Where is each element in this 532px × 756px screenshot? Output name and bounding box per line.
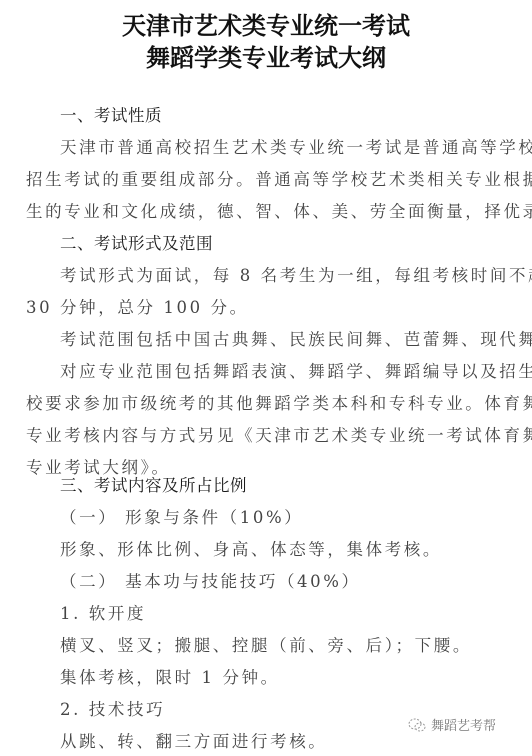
paragraph-line: 校要求参加市级统考的其他舞蹈学类本科和专科专业。体育舞蹈: [26, 390, 532, 414]
paragraph-line: 专业考核内容与方式另见《天津市艺术类专业统一考试体育舞蹈: [26, 422, 532, 446]
paragraph-line: 横叉、竖叉；搬腿、控腿（前、旁、后）；下腰。: [60, 632, 472, 656]
paragraph-line: 对应专业范围包括舞蹈表演、舞蹈学、舞蹈编导以及招生院: [60, 358, 532, 382]
subheading-line: （一） 形象与条件（10%）: [60, 504, 303, 528]
paragraph-line: 形象、形体比例、身高、体态等，集体考核。: [60, 536, 442, 560]
document-title-line1: 天津市艺术类专业统一考试: [0, 6, 532, 41]
section-heading-1: 一、考试性质: [60, 102, 162, 126]
subheading-line: 2. 技术技巧: [60, 696, 165, 720]
watermark-label: 舞蹈艺考帮: [431, 715, 496, 734]
paragraph-line: 从跳、转、翻三方面进行考核。: [60, 728, 327, 752]
paragraph-line: 生的专业和文化成绩，德、智、体、美、劳全面衡量，择优录取。: [26, 198, 532, 222]
section-heading-2: 二、考试形式及范围: [60, 230, 213, 254]
paragraph-line: 30 分钟，总分 100 分。: [26, 294, 249, 318]
watermark: 舞蹈艺考帮: [408, 715, 496, 734]
paragraph-line: 考试范围包括中国古典舞、民族民间舞、芭蕾舞、现代舞。: [60, 326, 532, 350]
paragraph-line: 集体考核，限时 1 分钟。: [60, 664, 280, 688]
document-title-line2: 舞蹈学类专业考试大纲: [0, 38, 532, 73]
paragraph-line: 天津市普通高校招生艺术类专业统一考试是普通高等学校: [60, 134, 532, 158]
paragraph-line: 考试形式为面试，每 8 名考生为一组，每组考核时间不超过: [60, 262, 532, 286]
paragraph-line: 招生考试的重要组成部分。普通高等学校艺术类相关专业根据考: [26, 166, 532, 190]
section-heading-3: 三、考试内容及所占比例: [60, 472, 247, 496]
subheading-line: （二） 基本功与技能技巧（40%）: [60, 568, 361, 592]
subheading-line: 1. 软开度: [60, 600, 146, 624]
wechat-icon: [408, 718, 426, 732]
